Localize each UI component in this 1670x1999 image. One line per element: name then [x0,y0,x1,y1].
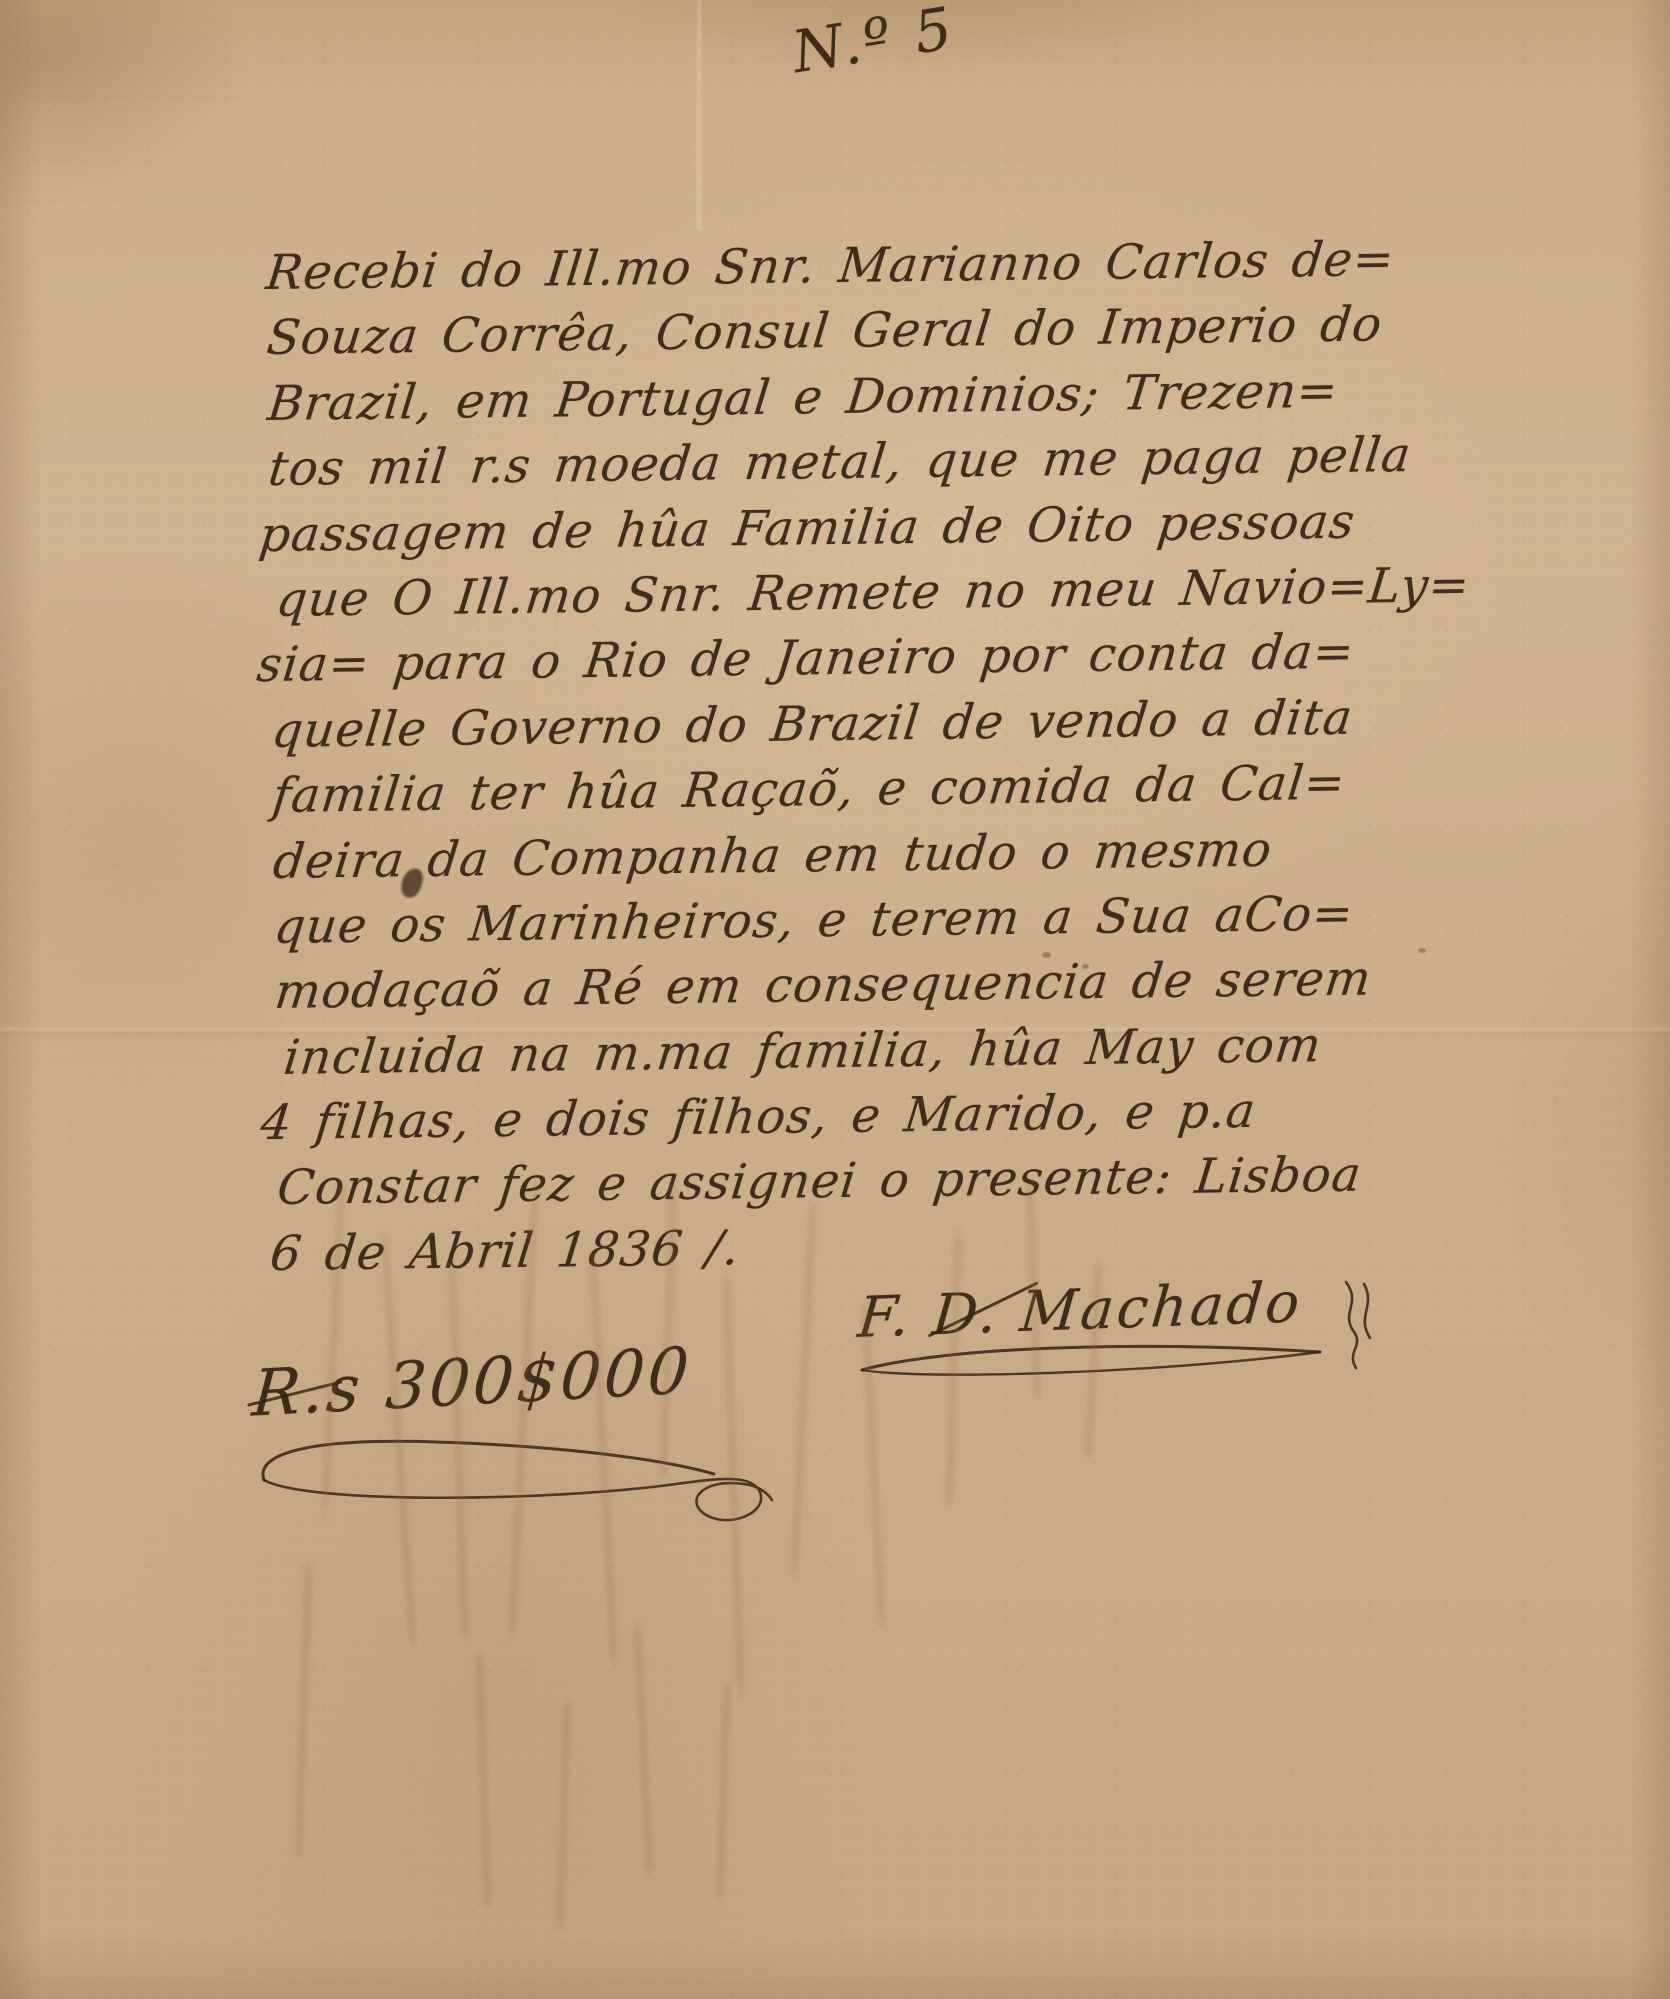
ink-speck [1082,964,1089,969]
show-through-mark [633,1620,654,1880]
signature-name: F. D. Machado [855,1270,1305,1351]
amount-text: R.s 300$000 [250,1334,694,1431]
show-through-mark [380,1230,416,1649]
vertical-crease [695,0,703,230]
show-through-mark [722,1270,744,1700]
show-through-mark [716,1680,731,1900]
show-through-mark [556,1700,571,1930]
show-through-mark [448,1260,468,1640]
signature-paraph [1336,1276,1384,1376]
show-through-mark [589,1250,618,1670]
ink-speck [1042,952,1051,958]
document-number: N.º 5 [788,0,960,86]
amount-flourish [246,1418,776,1558]
show-through-mark [475,1650,491,1910]
body-text: Recebi do Ill.mo Snr. Marianno Carlos de… [262,226,1474,1287]
manuscript-page: N.º 5 Recebi do Ill.mo Snr. Marianno Car… [0,0,1670,1999]
show-through-mark [295,1560,312,1860]
ink-speck [1418,948,1426,953]
